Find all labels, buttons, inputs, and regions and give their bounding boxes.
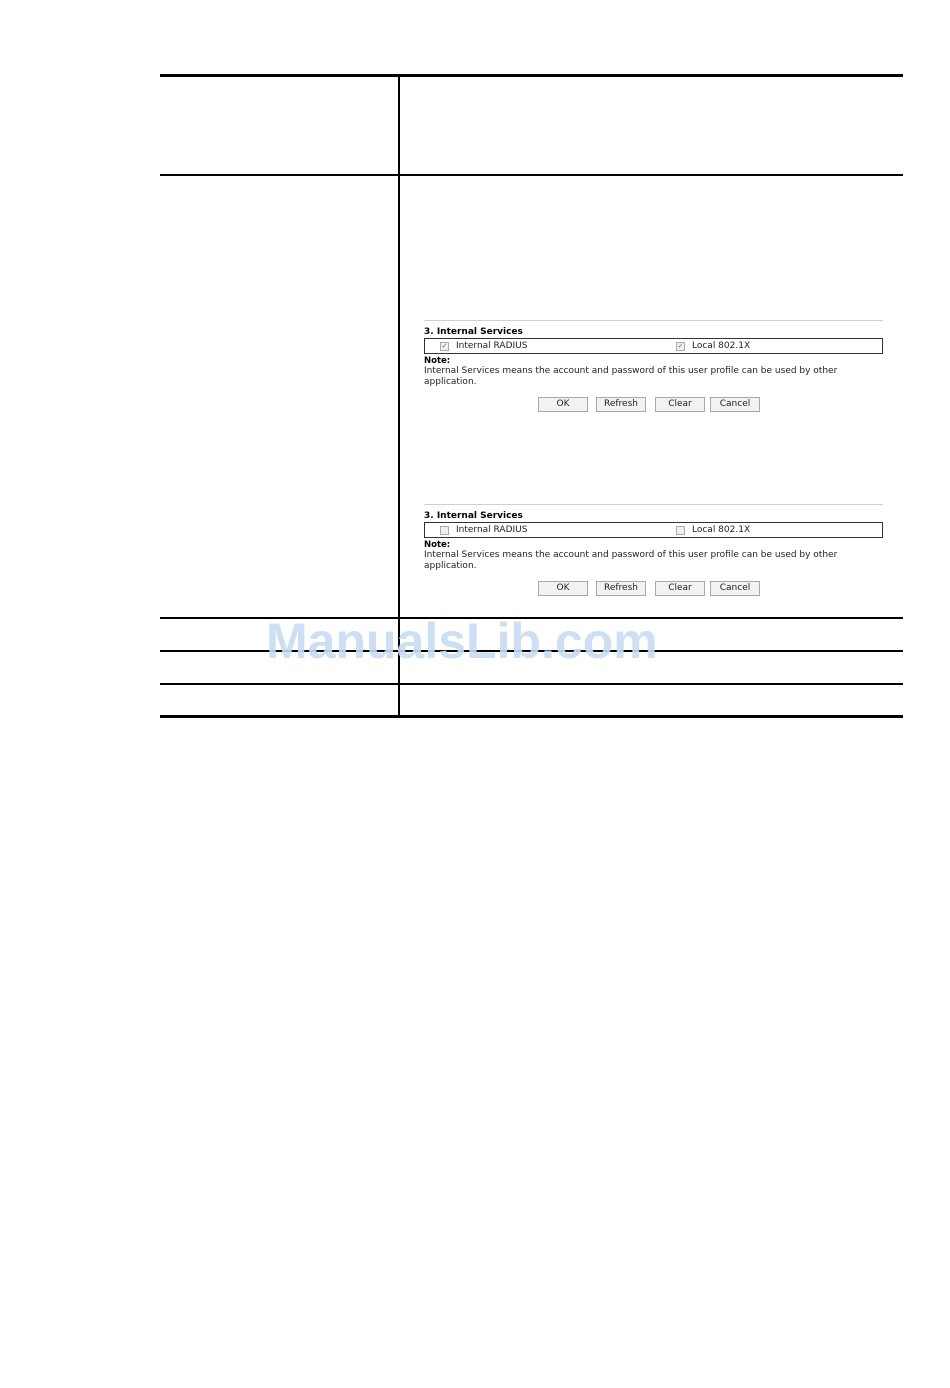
table-top-rule [160, 74, 903, 77]
clear-button[interactable]: Clear [655, 581, 705, 596]
refresh-button[interactable]: Refresh [596, 581, 646, 596]
row-divider [160, 683, 903, 685]
option-internal-radius[interactable]: Internal RADIUS [440, 524, 527, 536]
note-label: Note: [424, 540, 883, 550]
button-bar: OK Refresh Clear Cancel [424, 397, 883, 415]
note-label: Note: [424, 356, 883, 366]
refresh-button[interactable]: Refresh [596, 397, 646, 412]
option-label: Local 802.1X [692, 524, 750, 536]
ok-button[interactable]: OK [538, 581, 588, 596]
button-bar: OK Refresh Clear Cancel [424, 581, 883, 599]
panel-top-edge [424, 504, 883, 511]
checkbox-checked-icon[interactable]: ✓ [440, 342, 449, 351]
option-label: Local 802.1X [692, 340, 750, 352]
clear-button[interactable]: Clear [655, 397, 705, 412]
section-title: 3. Internal Services [424, 511, 883, 522]
option-internal-radius[interactable]: ✓ Internal RADIUS [440, 340, 527, 352]
checkbox-unchecked-icon[interactable] [440, 526, 449, 535]
option-label: Internal RADIUS [456, 340, 527, 352]
table-bottom-rule [160, 715, 903, 718]
cancel-button[interactable]: Cancel [710, 397, 760, 412]
row-divider [160, 174, 903, 176]
options-box: Internal RADIUS Local 802.1X [424, 522, 883, 538]
note-text: Internal Services means the account and … [424, 366, 864, 388]
option-local-8021x[interactable]: Local 802.1X [676, 524, 750, 536]
cancel-button[interactable]: Cancel [710, 581, 760, 596]
option-local-8021x[interactable]: ✓ Local 802.1X [676, 340, 750, 352]
ok-button[interactable]: OK [538, 397, 588, 412]
checkbox-unchecked-icon[interactable] [676, 526, 685, 535]
internal-services-screenshot-checked: 3. Internal Services ✓ Internal RADIUS ✓… [424, 320, 883, 415]
options-box: ✓ Internal RADIUS ✓ Local 802.1X [424, 338, 883, 354]
checkbox-checked-icon[interactable]: ✓ [676, 342, 685, 351]
watermark: ManualsLib.com [266, 612, 658, 670]
note-text: Internal Services means the account and … [424, 550, 864, 572]
internal-services-screenshot-unchecked: 3. Internal Services Internal RADIUS Loc… [424, 504, 883, 599]
panel-top-edge [424, 320, 883, 327]
section-title: 3. Internal Services [424, 327, 883, 338]
option-label: Internal RADIUS [456, 524, 527, 536]
